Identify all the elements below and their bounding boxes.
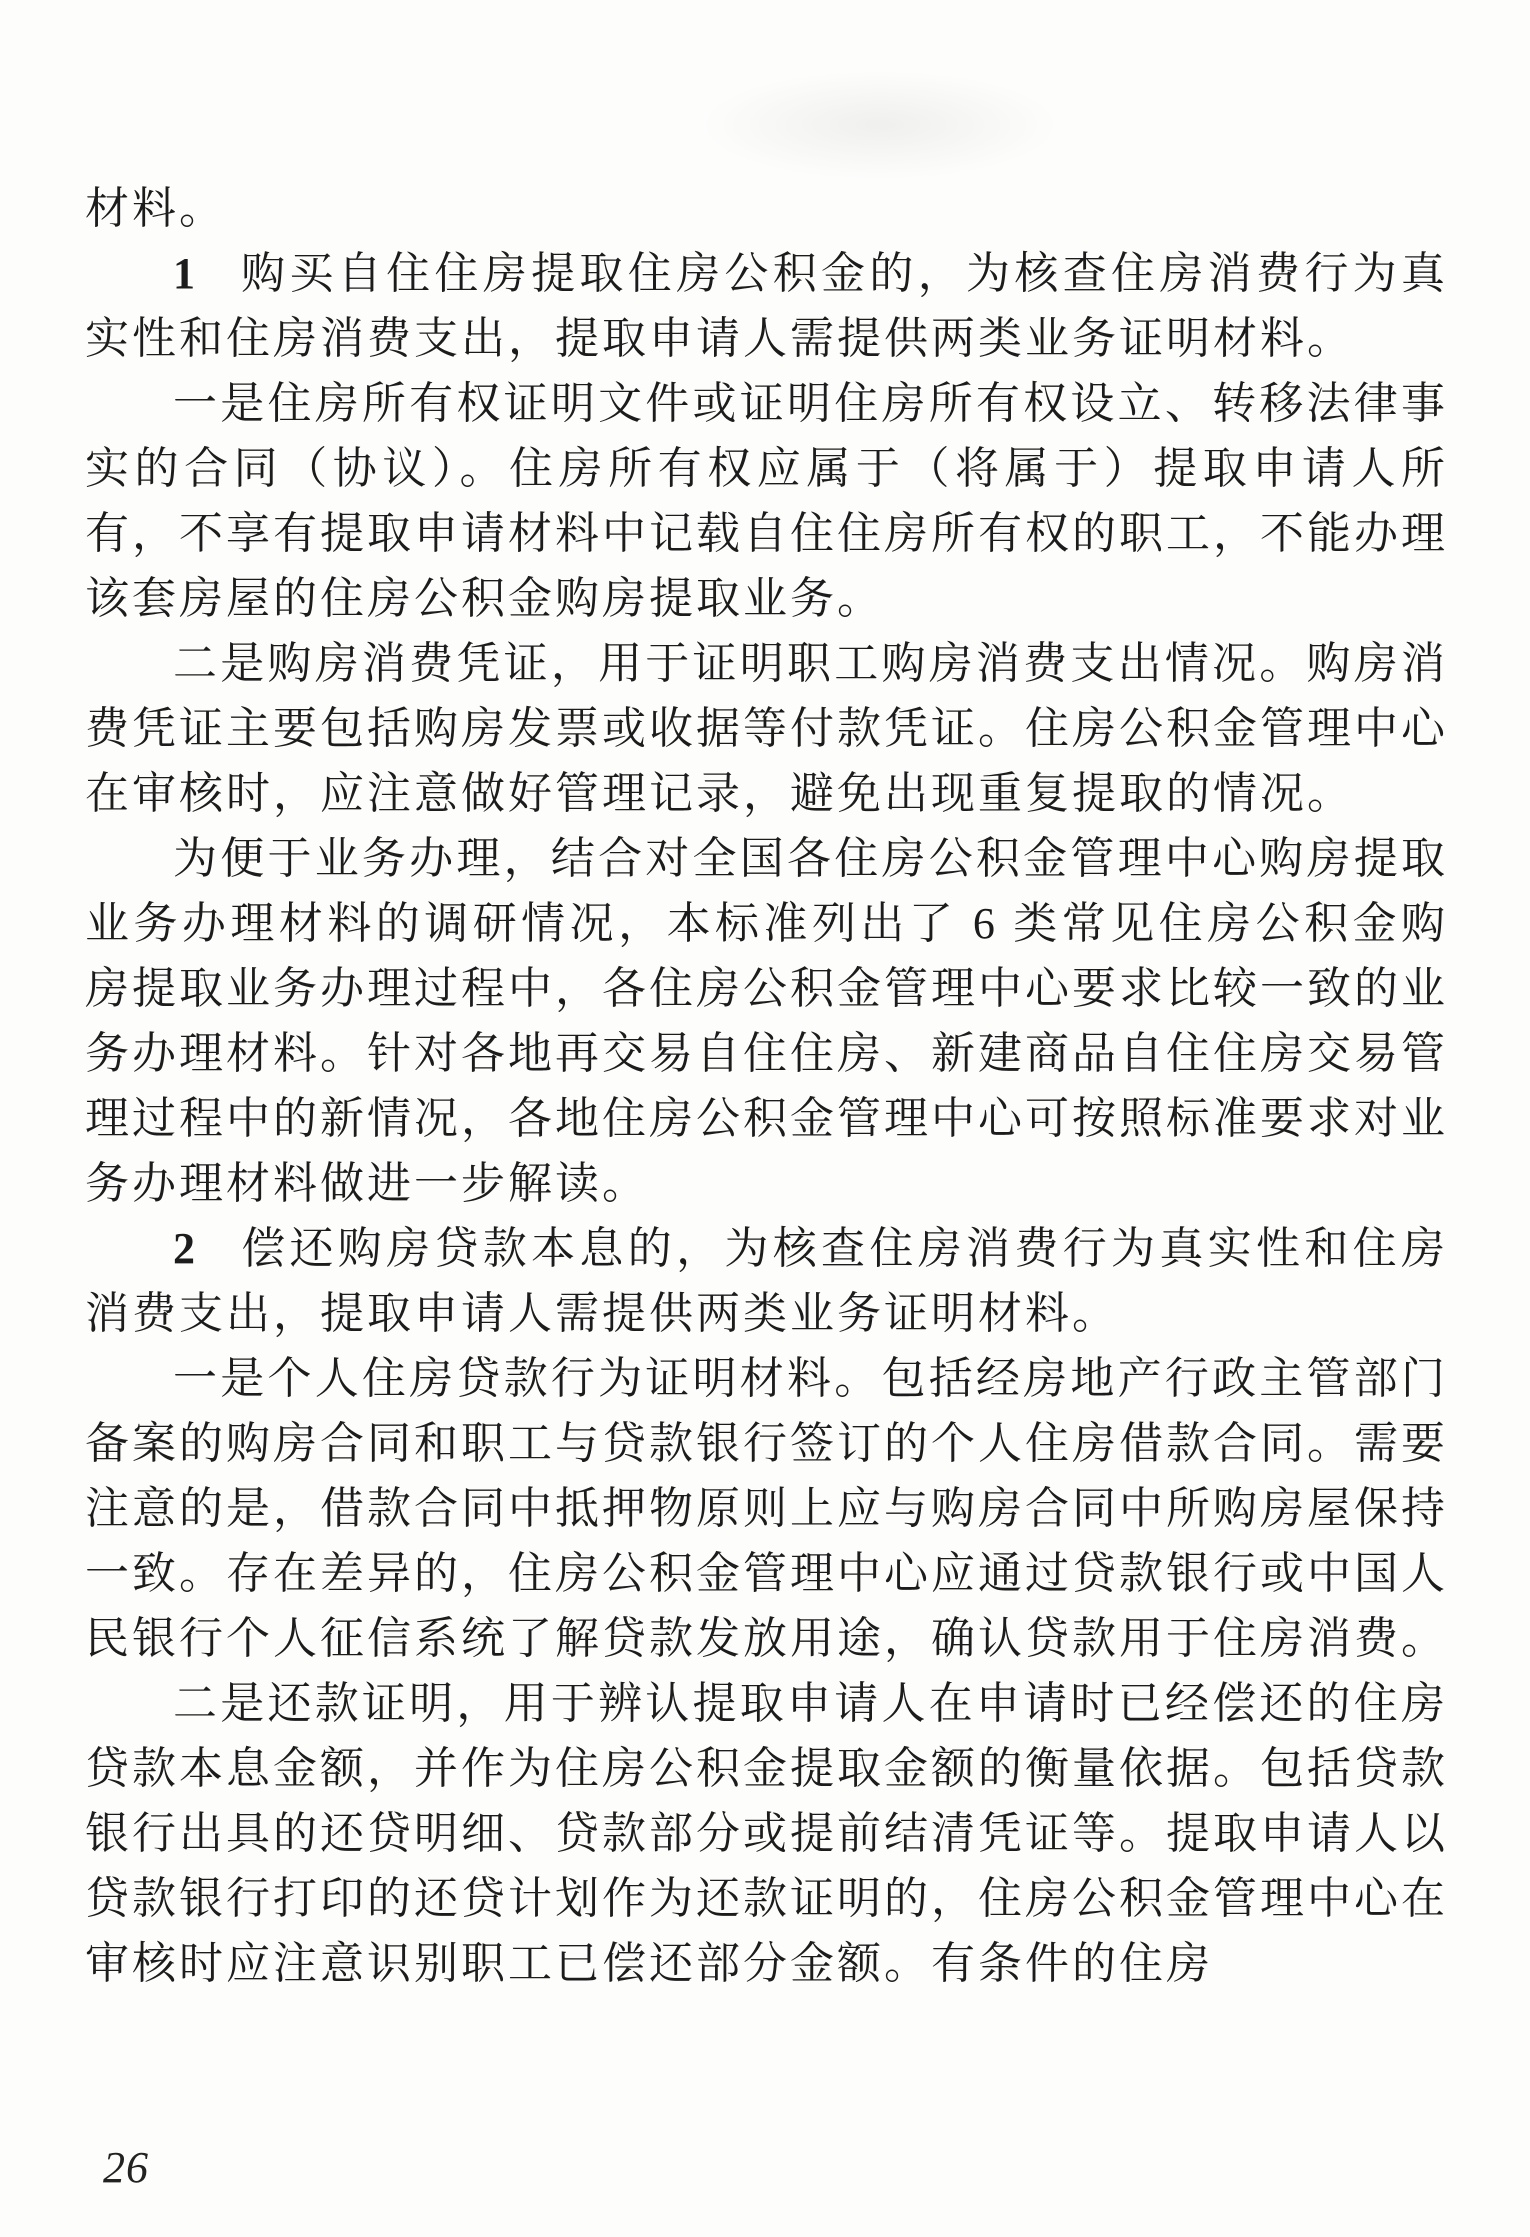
paragraph: 二是购房消费凭证，用于证明职工购房消费支出情况。购房消费凭证主要包括购房发票或收…: [85, 631, 1448, 826]
clause-number: 1: [173, 249, 198, 298]
paragraph-continuation: 材料。: [85, 176, 1448, 241]
paragraph-text: 二是还款证明，用于辨认提取申请人在申请时已经偿还的住房贷款本息金额，并作为住房公…: [85, 1679, 1448, 1988]
paragraph-text: 二是购房消费凭证，用于证明职工购房消费支出情况。购房消费凭证主要包括购房发票或收…: [85, 639, 1448, 818]
paragraph-clause-1: 1购买自住住房提取住房公积金的，为核查住房消费行为真实性和住房消费支出，提取申请…: [85, 241, 1448, 371]
paragraph-text: 购买自住住房提取住房公积金的，为核查住房消费行为真实性和住房消费支出，提取申请人…: [85, 249, 1448, 363]
paragraph: 一是个人住房贷款行为证明材料。包括经房地产行政主管部门备案的购房合同和职工与贷款…: [85, 1346, 1448, 1671]
paragraph-text: 一是住房所有权证明文件或证明住房所有权设立、转移法律事实的合同（协议）。住房所有…: [85, 379, 1448, 623]
scan-smudge: [700, 70, 1060, 180]
paragraph-text: 材料。: [85, 184, 226, 233]
page-number: 26: [103, 2142, 149, 2193]
paragraph: 为便于业务办理，结合对全国各住房公积金管理中心购房提取业务办理材料的调研情况，本…: [85, 826, 1448, 1216]
paragraph-clause-2: 2偿还购房贷款本息的，为核查住房消费行为真实性和住房消费支出，提取申请人需提供两…: [85, 1216, 1448, 1346]
paragraph-text: 为便于业务办理，结合对全国各住房公积金管理中心购房提取业务办理材料的调研情况，本…: [85, 834, 1448, 1208]
clause-number: 2: [173, 1224, 198, 1273]
paragraph-text: 一是个人住房贷款行为证明材料。包括经房地产行政主管部门备案的购房合同和职工与贷款…: [85, 1354, 1448, 1663]
document-page-body: 材料。 1购买自住住房提取住房公积金的，为核查住房消费行为真实性和住房消费支出，…: [85, 176, 1448, 1996]
paragraph-text: 偿还购房贷款本息的，为核查住房消费行为真实性和住房消费支出，提取申请人需提供两类…: [85, 1224, 1448, 1338]
paragraph: 二是还款证明，用于辨认提取申请人在申请时已经偿还的住房贷款本息金额，并作为住房公…: [85, 1671, 1448, 1996]
paragraph: 一是住房所有权证明文件或证明住房所有权设立、转移法律事实的合同（协议）。住房所有…: [85, 371, 1448, 631]
